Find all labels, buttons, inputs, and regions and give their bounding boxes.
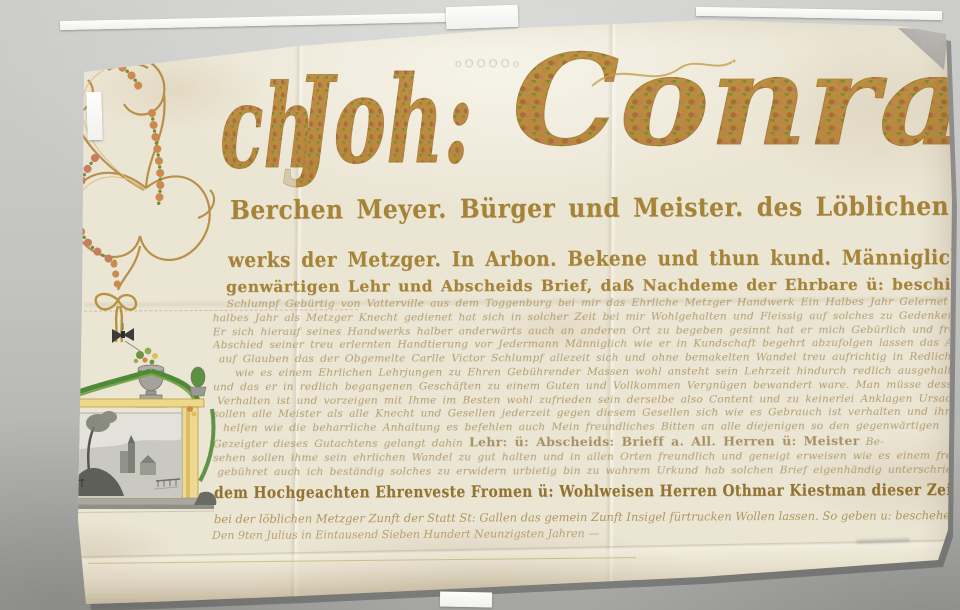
heading-line-3: genwärtigen Lehr und Abscheids Brief, da… — [226, 274, 960, 296]
gold-tassel-bow — [96, 294, 136, 342]
dashed-rule-line — [54, 309, 358, 312]
manuscript-line: helfen wie die beharrliche Anhaltung es … — [223, 420, 950, 436]
mounting-tape-tab — [86, 92, 103, 140]
manuscript-text: helfen wie die beharrliche Anhaltung es … — [223, 420, 939, 435]
landscape-drawing — [66, 411, 182, 496]
manuscript-text: Abschied seiner treu erlernten Handtieru… — [213, 337, 950, 352]
heading-line-1: Berchen Meyer. Bürger und Meister. des L… — [230, 191, 960, 226]
manuscript-line: Abschied seiner treu erlernten Handtieru… — [213, 337, 950, 353]
manuscript-text: Gezeigter dieses Gutachtens gelangt dahi… — [213, 437, 469, 450]
closing-date-line: Den 9ten Julius in Eintausend Sieben Hun… — [212, 527, 599, 542]
gold-swash-flourish — [588, 56, 738, 96]
manuscript-line: Er sich hierauf seines Handwerks halber … — [213, 323, 950, 339]
manuscript-line: wie es einem Ehrlichen Lehrjungen zu Ehr… — [235, 365, 950, 381]
photograph-of-document: ch Joh: Conrad oOOOOo Berchen Meyer. Bür… — [0, 0, 960, 610]
embossed-ornament: oOOOOo — [455, 58, 522, 71]
vertical-fold-crease — [604, 20, 617, 600]
manuscript-text: wie es einem Ehrlichen Lehrjungen zu Ehr… — [235, 365, 950, 379]
fold-ink-line — [88, 557, 636, 564]
manuscript-text: Be- — [860, 436, 884, 448]
closing-seal-line: bei der löblichen Metzger Zunft der Stat… — [214, 508, 960, 526]
heading-line-2: werks der Metzger. In Arbon. Bekene und … — [228, 244, 960, 272]
manuscript-text: Schlumpf Gebürtig von Vatterville aus de… — [227, 296, 950, 311]
manuscript-text: sehen sollen ihme sein ehrlichen Wandel … — [213, 449, 950, 464]
manuscript-line: halbes Jahr als Metzger Knecht gedienet … — [213, 310, 950, 326]
manuscript-line: Verhalten ist und vorzeigen mit Ihme im … — [217, 392, 950, 408]
manuscript-line: Schlumpf Gebürtig von Vatterville aus de… — [227, 296, 950, 312]
mounting-tape-tab — [446, 5, 519, 29]
manuscript-line: Gezeigter dieses Gutachtens gelangt dahi… — [213, 434, 950, 452]
manuscript-line: sehen sollen ihme sein ehrlichen Wandel … — [213, 449, 950, 465]
mounting-tape-tab — [440, 592, 492, 608]
horizontal-fold-crease — [84, 295, 948, 309]
gold-flourish-strokes — [70, 55, 214, 290]
manuscript-text: halbes Jahr als Metzger Knecht gedienet … — [213, 310, 950, 325]
manuscript-text: auf Glauben das der Obgemelte Carlle Vic… — [219, 351, 950, 366]
manuscript-line: auf Glauben das der Obgemelte Carlle Vic… — [219, 351, 950, 367]
manuscript-text: Er sich hierauf seines Handwerks halber … — [213, 323, 950, 338]
apex-urn — [136, 365, 166, 407]
parchment-document: ch Joh: Conrad oOOOOo Berchen Meyer. Bür… — [0, 0, 960, 610]
manuscript-text: sollen alle Meister als alle Knecht und … — [213, 406, 950, 421]
title-word-joh: Joh: — [296, 50, 473, 191]
manuscript-line: gebühret auch ich beständig solches zu e… — [217, 463, 950, 479]
vertical-fold-crease — [289, 20, 305, 600]
manuscript-text: Verhalten ist und vorzeigen mit Ihme im … — [217, 392, 950, 407]
emphasized-phrase: Lehr: ü: Abscheids: Brieff a. All. Herre… — [469, 434, 860, 450]
title-word-conrad: Conrad — [512, 28, 960, 174]
manuscript-line: und das er in redlich begangenen Geschäf… — [213, 378, 950, 394]
black-bow-icon — [112, 323, 140, 351]
manuscript-line: sollen alle Meister als alle Knecht und … — [213, 406, 950, 422]
title-word-ich: ch — [220, 60, 315, 195]
closing-address-line: dem Hochgeachten Ehrenveste Fromen ü: Wo… — [214, 479, 960, 502]
manuscript-body: Schlumpf Gebürtig von Vatterville aus de… — [213, 296, 951, 480]
manuscript-text: gebühret auch ich beständig solches zu e… — [217, 463, 950, 478]
flower-cluster — [134, 348, 158, 365]
pencil-scribble — [856, 538, 910, 544]
manuscript-text: und das er in redlich begangenen Geschäf… — [213, 378, 950, 393]
